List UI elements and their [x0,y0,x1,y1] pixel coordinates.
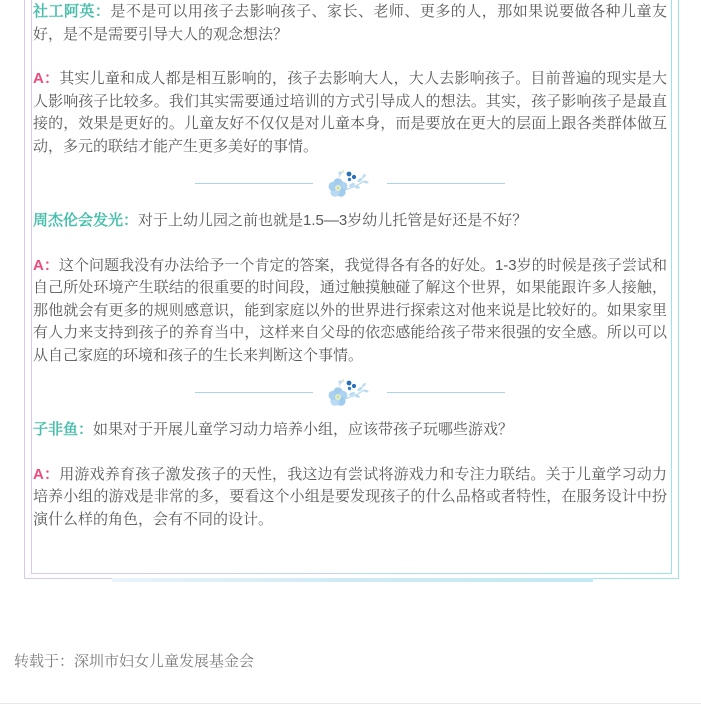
divider-line-left [195,183,313,184]
answer-label: A： [33,466,59,483]
qa-panel: 社工阿英：是不是可以用孩子去影响孩子、家长、老师、更多的人，那如果说要做各种儿童… [24,0,679,579]
answer-text: 用游戏养育孩子激发孩子的天性，我这边有尝试将游戏力和专注力联结。关于儿童学习动力… [33,466,667,528]
divider-line-right [387,183,505,184]
answer-paragraph: A：这个问题我没有办法给予一个肯定的答案，我觉得各有各的好处。1-3岁的时候是孩… [33,255,667,368]
repost-source-text: 转载于：深圳市妇女儿童发展基金会 [14,652,254,672]
answer-paragraph: A：其实儿童和成人都是相互影响的，孩子去影响大人，大人去影响孩子。目前普遍的现实… [33,68,667,158]
article-page: 社工阿英：是不是可以用孩子去影响孩子、家长、老师、更多的人，那如果说要做各种儿童… [0,0,701,714]
answer-label: A： [33,70,59,87]
section-divider [33,168,667,198]
question-paragraph: 子非鱼：如果对于开展儿童学习动力培养小组，应该带孩子玩哪些游戏？ [33,419,667,442]
qa-item: 社工阿英：是不是可以用孩子去影响孩子、家长、老师、更多的人，那如果说要做各种儿童… [33,1,667,158]
asker-name: 社工阿英： [33,3,110,20]
question-text: 是不是可以用孩子去影响孩子、家长、老师、更多的人，那如果说要做各种儿童友好，是不… [33,3,667,43]
qa-item: 子非鱼：如果对于开展儿童学习动力培养小组，应该带孩子玩哪些游戏？ A：用游戏养育… [33,419,667,531]
answer-label: A： [33,257,59,274]
question-paragraph: 周杰伦会发光：对于上幼儿园之前也就是1.5—3岁幼儿托管是好还是不好？ [33,210,667,233]
divider-line-right [387,392,505,393]
divider-line-left [195,392,313,393]
flower-divider-icon [326,377,374,407]
question-paragraph: 社工阿英：是不是可以用孩子去影响孩子、家长、老师、更多的人，那如果说要做各种儿童… [33,1,667,46]
answer-text: 其实儿童和成人都是相互影响的，孩子去影响大人，大人去影响孩子。目前普遍的现实是大… [33,70,667,155]
asker-name: 周杰伦会发光： [33,212,138,229]
question-text: 如果对于开展儿童学习动力培养小组，应该带孩子玩哪些游戏？ [93,421,513,438]
answer-paragraph: A：用游戏养育孩子激发孩子的天性，我这边有尝试将游戏力和专注力联结。关于儿童学习… [33,464,667,532]
question-text: 对于上幼儿园之前也就是1.5—3岁幼儿托管是好还是不好？ [138,212,527,229]
answer-text: 这个问题我没有办法给予一个肯定的答案，我觉得各有各的好处。1-3岁的时候是孩子尝… [33,257,667,364]
qa-item: 周杰伦会发光：对于上幼儿园之前也就是1.5—3岁幼儿托管是好还是不好？ A：这个… [33,210,667,367]
qa-content: 社工阿英：是不是可以用孩子去影响孩子、家长、老师、更多的人，那如果说要做各种儿童… [33,1,667,578]
bottom-divider-line [0,703,701,704]
asker-name: 子非鱼： [33,421,93,438]
box-bottom-shadow [112,578,593,582]
section-divider [33,377,667,407]
flower-divider-icon [326,168,374,198]
